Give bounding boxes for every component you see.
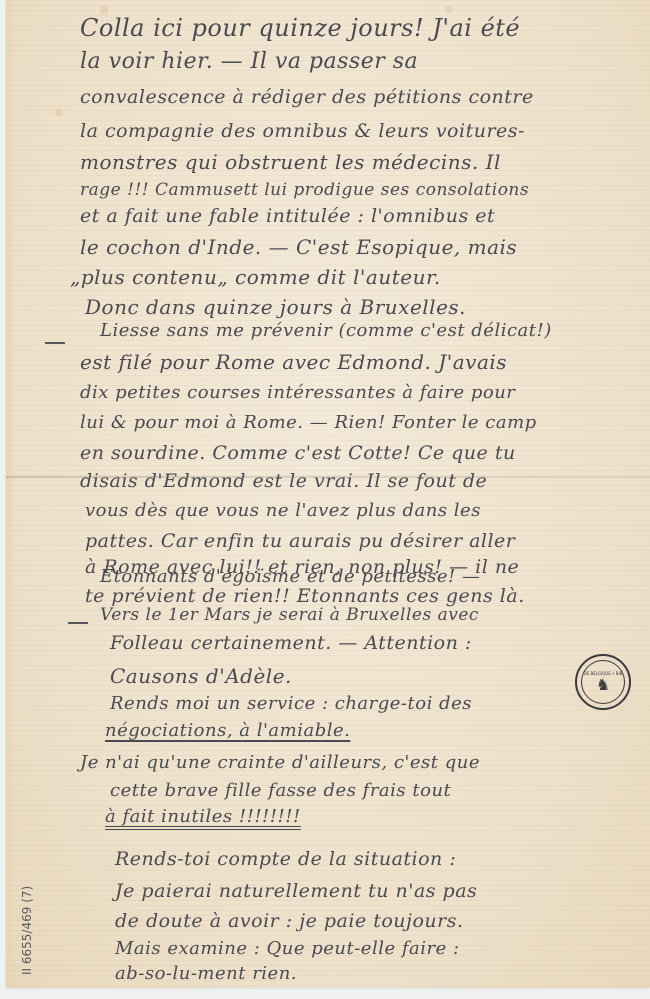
line-26: négociations, à l'amiable. <box>105 720 350 741</box>
handwritten-text-bottom: Etonnants d'égoïsme et de petitesse! — V… <box>0 0 650 999</box>
line-28: cette brave fille fasse des frais tout <box>110 780 451 801</box>
line-23: Folleau certainement. — Attention : <box>110 632 472 654</box>
line-33: Mais examine : Que peut-elle faire : <box>115 938 460 959</box>
dash-marker <box>68 622 88 624</box>
line-21: Etonnants d'égoïsme et de petitesse! — <box>100 566 480 587</box>
line-34: ab-so-lu-ment rien. <box>115 963 297 984</box>
line-29: à fait inutiles !!!!!!!! <box>105 806 301 827</box>
line-32: de doute à avoir : je paie toujours. <box>115 910 464 932</box>
archive-number: II 6655/469 (7) <box>20 886 34 975</box>
line-24: Causons d'Adèle. <box>110 664 292 688</box>
line-22: Vers le 1er Mars je serai à Bruxelles av… <box>100 605 479 625</box>
line-31: Je paierai naturellement tu n'as pas <box>115 880 477 902</box>
library-stamp: DE BELGIQUE • BIB ♞ <box>575 654 631 710</box>
lion-icon: ♞ <box>584 677 623 693</box>
line-30: Rends-toi compte de la situation : <box>115 848 456 870</box>
line-25: Rends moi un service : charge-toi des <box>110 693 472 714</box>
line-27: Je n'ai qu'une crainte d'ailleurs, c'est… <box>80 752 480 773</box>
